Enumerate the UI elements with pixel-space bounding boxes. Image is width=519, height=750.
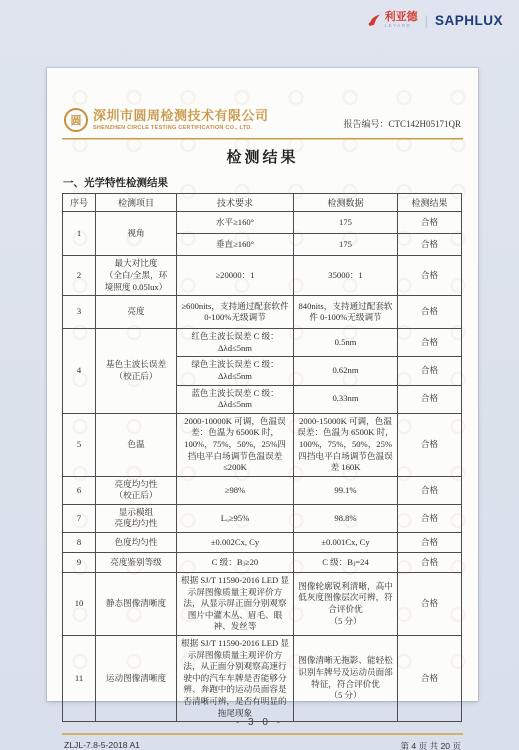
cell-row-number: 5 [63,413,96,476]
cell-result: 合格 [398,504,462,532]
cell-requirement: 2000-10000K 可调，色温误差：色温为 6500K 时，100%，75%… [177,413,294,476]
cell-test-item: 基色主波长误差 （校正后） [96,329,177,414]
cell-requirement: 绿色主波长误差 C 级： Δλd≤5nm [177,357,294,385]
cell-row-number: 11 [63,636,96,722]
table-row: 4基色主波长误差 （校正后）红色主波长误差 C 级： Δλd≤5nm0.5nm合… [63,329,462,357]
logo-divider: | [425,13,428,28]
scan-page-number: - 3 0 - [0,717,519,728]
cell-result: 合格 [398,476,462,504]
cell-result: 合格 [398,385,462,413]
cell-measured-data: 99.1% [294,476,398,504]
report-number-value: CTC142H05171QR [388,119,461,129]
table-row: 1视角水平≥160°175合格 [63,212,462,234]
table-row: 9亮度鉴别等级C 级：Bⱼ≥20C 级：Bⱼ=24合格 [63,553,462,573]
table-row: 8色度均匀性±0.002Cx, Cy±0.001Cx, Cy合格 [63,533,462,553]
cell-test-item: 色度均匀性 [96,533,177,553]
cell-result: 合格 [398,573,462,636]
cell-requirement: C 级：Bⱼ≥20 [177,553,294,573]
cell-measured-data: 图像轮廓锐利清晰，高中低灰度图像层次可辨，符合评价优 （5 分） [294,573,398,636]
cell-requirement: 根据 SJ/T 11590-2016 LED 显示屏图像质量主观评价方法，从显示… [177,573,294,636]
cell-requirement: 红色主波长误差 C 级： Δλd≤5nm [177,329,294,357]
cell-test-item: 亮度 [96,296,177,329]
cell-test-item: 最大对比度 （全白/全黑，环 境照度 0.05lux） [96,256,177,296]
col-header-result: 检测结果 [398,194,462,212]
table-row: 3亮度≥600nits，支持通过配套软件 0-100%无级调节840nits，支… [63,296,462,329]
cell-measured-data: 0.5nm [294,329,398,357]
company-name-cn: 深圳市圆周检测技术有限公司 [93,109,269,123]
cell-requirement: ≥98% [177,476,294,504]
report-number: 报告编号：CTC142H05171QR [343,117,461,132]
table-row: 11运动图像清晰度根据 SJ/T 11590-2016 LED 显示屏图像质量主… [63,636,462,722]
table-header-row: 序号 检测项目 技术要求 检测数据 检测结果 [63,194,462,212]
cell-test-item: 静态图像清晰度 [96,573,177,636]
company-name-en: SHENZHEN CIRCLE TESTING CERTIFICATION CO… [93,125,269,131]
table-row: 2最大对比度 （全白/全黑，环 境照度 0.05lux）≥20000：13500… [63,256,462,296]
cell-measured-data: 图像清晰无拖影、能轻松识别车牌号及运动员面部特征，符合评价优 （5 分） [294,636,398,722]
page-title: 检测结果 [62,146,463,167]
cell-requirement: 垂直≥160° [177,234,294,256]
header-divider-line [62,138,463,140]
cell-requirement: ±0.002Cx, Cy [177,533,294,553]
cell-measured-data: 0.62nm [294,357,398,385]
results-table-body: 1视角水平≥160°175合格垂直≥160°175合格2最大对比度 （全白/全黑… [63,212,462,722]
cell-measured-data: ±0.001Cx, Cy [294,533,398,553]
report-page: 圆 深圳市圆周检测技术有限公司 SHENZHEN CIRCLE TESTING … [47,68,478,701]
leyard-cn-label: 利亚德 [385,12,418,23]
section-heading: 一、光学特性检测结果 [63,175,463,190]
cell-row-number: 9 [63,553,96,573]
cell-row-number: 8 [63,533,96,553]
cell-test-item: 显示模组 亮度均匀性 [96,504,177,532]
cell-requirement: 根据 SJ/T 11590-2016 LED 显示屏图像质量主观评价方法，从正面… [177,636,294,722]
footer-doc-code: ZLJL-7.8-5-2018 A1 [64,740,140,750]
cell-measured-data: 35000：1 [294,256,398,296]
leyard-en-label: LEYARD [385,24,418,29]
col-header-req: 技术要求 [177,194,294,212]
cell-result: 合格 [398,636,462,722]
cell-row-number: 10 [63,573,96,636]
cell-result: 合格 [398,533,462,553]
cell-test-item: 视角 [96,212,177,256]
cell-measured-data: 175 [294,212,398,234]
cell-requirement: 蓝色主波长误差 C 级： Δλd≤5nm [177,385,294,413]
col-header-data: 检测数据 [294,194,398,212]
cell-result: 合格 [398,256,462,296]
results-table: 序号 检测项目 技术要求 检测数据 检测结果 1视角水平≥160°175合格垂直… [62,193,462,722]
table-row: 6亮度均匀性 （校正后）≥98%99.1%合格 [63,476,462,504]
cell-test-item: 运动图像清晰度 [96,636,177,722]
cell-test-item: 亮度鉴别等级 [96,553,177,573]
cell-requirement: ≥20000：1 [177,256,294,296]
leyard-logo: 利亚德 LEYARD [366,12,418,29]
footer-page-info: 第 4 页 共 20 页 [400,740,461,750]
saphlux-logo: SAPHLUX [435,13,503,28]
document-header: 圆 深圳市圆周检测技术有限公司 SHENZHEN CIRCLE TESTING … [62,108,463,136]
cell-result: 合格 [398,234,462,256]
cell-row-number: 3 [63,296,96,329]
cell-measured-data: 2000-15000K 可调，色温误差：色温为 6500K 时，100%，75%… [294,413,398,476]
col-header-no: 序号 [63,194,96,212]
cell-test-item: 色温 [96,413,177,476]
table-row: 5色温2000-10000K 可调，色温误差：色温为 6500K 时，100%，… [63,413,462,476]
cell-result: 合格 [398,296,462,329]
cell-measured-data: 98.8% [294,504,398,532]
cell-requirement: 水平≥160° [177,212,294,234]
cell-measured-data: 175 [294,234,398,256]
cell-measured-data: C 级：Bⱼ=24 [294,553,398,573]
cell-row-number: 7 [63,504,96,532]
company-block: 圆 深圳市圆周检测技术有限公司 SHENZHEN CIRCLE TESTING … [64,108,269,132]
cell-row-number: 6 [63,476,96,504]
cell-test-item: 亮度均匀性 （校正后） [96,476,177,504]
cell-measured-data: 840nits，支持通过配套软件 0-100%无级调节 [294,296,398,329]
cell-row-number: 2 [63,256,96,296]
cell-row-number: 1 [63,212,96,256]
cell-measured-data: 0.33nm [294,385,398,413]
document-footer: ZLJL-7.8-5-2018 A1 第 4 页 共 20 页 [62,740,463,750]
report-number-label: 报告编号： [343,119,388,129]
cell-result: 合格 [398,553,462,573]
footer-divider-line [62,733,463,735]
table-row: 10静态图像清晰度根据 SJ/T 11590-2016 LED 显示屏图像质量主… [63,573,462,636]
col-header-item: 检测项目 [96,194,177,212]
cell-result: 合格 [398,212,462,234]
brand-logos: 利亚德 LEYARD | SAPHLUX [366,12,503,29]
cell-result: 合格 [398,329,462,357]
cell-result: 合格 [398,357,462,385]
cell-row-number: 4 [63,329,96,414]
cell-requirement: Lᵤ≥95% [177,504,294,532]
leyard-swoosh-icon [366,12,382,28]
circle-testing-logo-icon: 圆 [64,108,88,132]
cell-requirement: ≥600nits，支持通过配套软件 0-100%无级调节 [177,296,294,329]
table-row: 7显示模组 亮度均匀性Lᵤ≥95%98.8%合格 [63,504,462,532]
cell-result: 合格 [398,413,462,476]
